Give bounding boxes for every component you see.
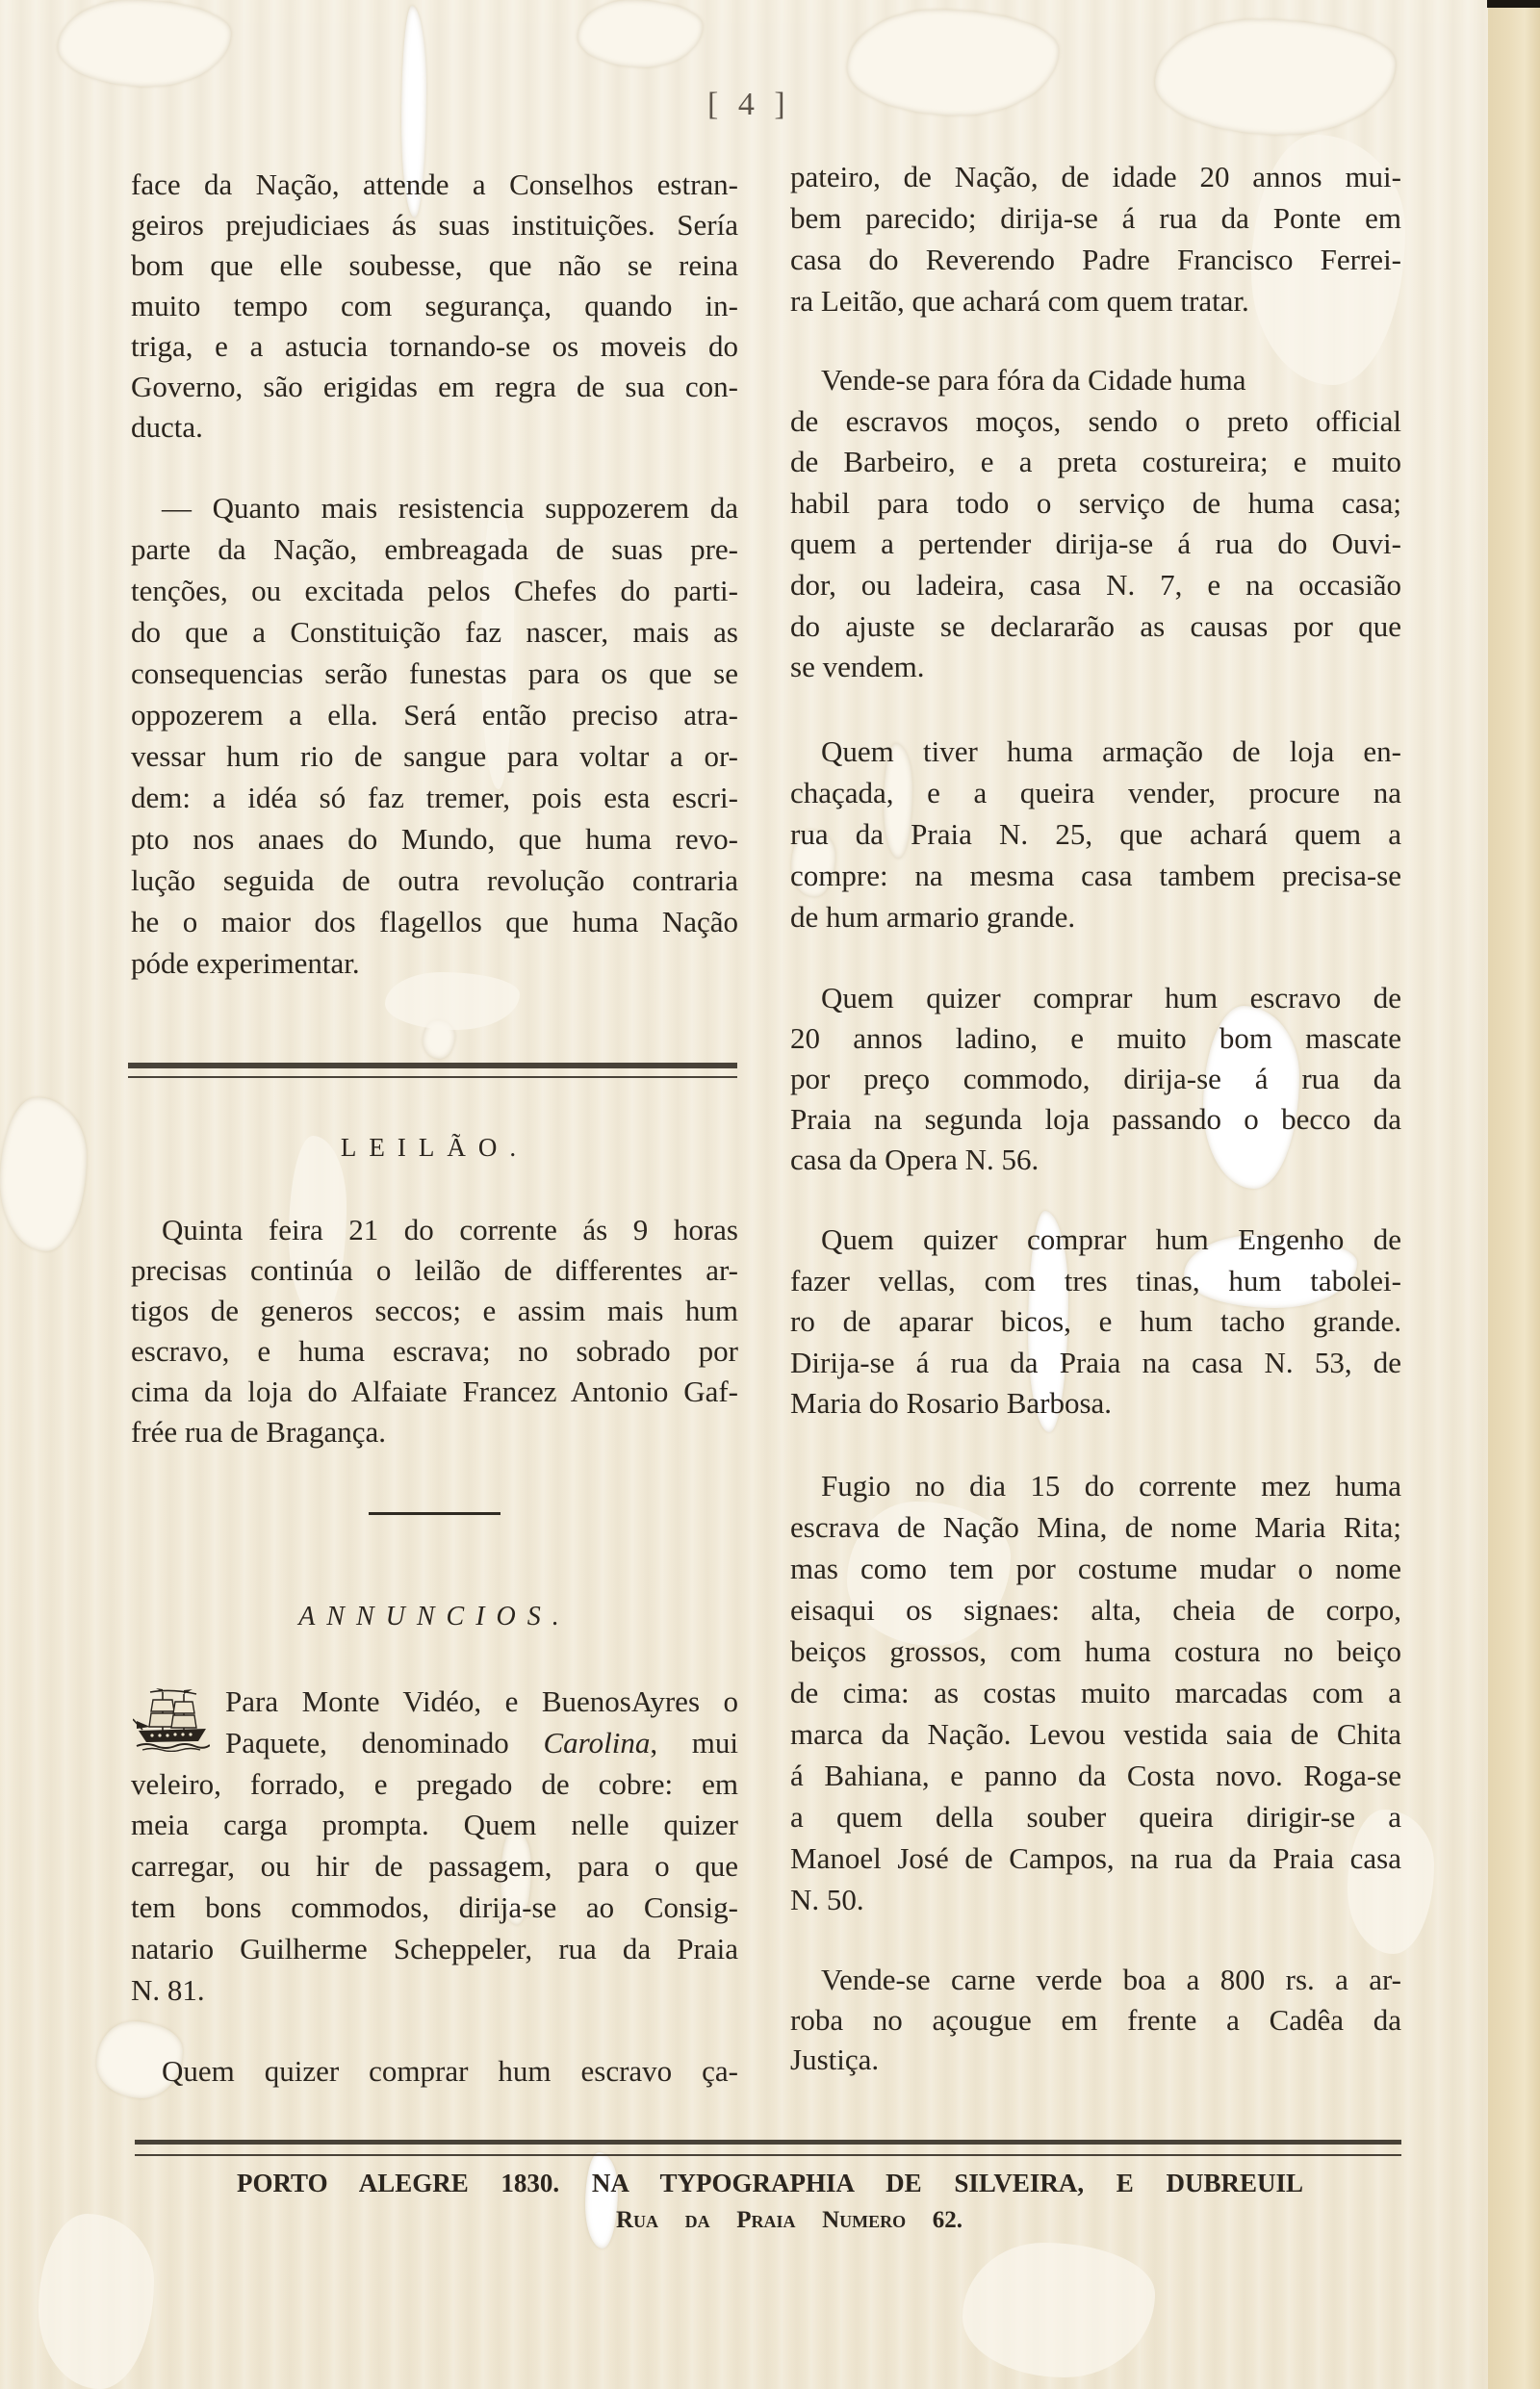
- text-line: pto nos anaes do Mundo, que huma revo-: [131, 818, 738, 860]
- text-line: escrava de Nação Mina, de nome Maria Rit…: [790, 1506, 1401, 1548]
- text-line: Para Monte Vidéo, e BuenosAyres o: [225, 1682, 738, 1723]
- text-line: N. 81.: [131, 1970, 738, 2012]
- ad-paquete-header: Para Monte Vidéo, e BuenosAyres o Paquet…: [225, 1682, 738, 1764]
- ad-armacao-loja: Quem tiver huma armação de loja en- chaç…: [790, 731, 1401, 938]
- text-line: Quem quizer comprar hum escravo ça-: [131, 2051, 738, 2092]
- text-line: Maria do Rosario Barbosa.: [790, 1383, 1401, 1425]
- text-line: natario Guilherme Scheppeler, rua da Pra…: [131, 1929, 738, 1970]
- paper-damage: [847, 10, 1059, 116]
- text-line: oppozerem a ella. Será então preciso atr…: [131, 694, 738, 735]
- text-line: Quem quizer comprar hum escravo de: [790, 978, 1401, 1018]
- text-line: por preço commodo, dirija-se á rua da: [790, 1059, 1401, 1099]
- text-line: Governo, são erigidas em regra de sua co…: [131, 367, 738, 407]
- text-line: casa da Opera N. 56.: [790, 1140, 1401, 1180]
- section-divider-thick: [128, 1063, 737, 1068]
- text-line: habil para todo o serviço de huma casa;: [790, 483, 1401, 525]
- text-line: 20 annos ladino, e muito bom mascate: [790, 1018, 1401, 1059]
- text-line: muito tempo com segurança, quando in-: [131, 286, 738, 326]
- text-line: Praia na segunda loja passando o becco d…: [790, 1099, 1401, 1140]
- text-line: consequencias serão funestas para os que…: [131, 653, 738, 694]
- text-line: Vende-se carne verde boa a 800 rs. a ar-: [790, 1960, 1401, 2000]
- text-line: ducta.: [131, 407, 738, 448]
- text-line: triga, e a astucia tornando-se os moveis…: [131, 326, 738, 367]
- text-line: tigos de generos seccos; e assim mais hu…: [131, 1291, 738, 1331]
- text-line: N. 50.: [790, 1879, 1401, 1920]
- text-line: de escravos moços, sendo o preto officia…: [790, 401, 1401, 443]
- paper-damage: [577, 0, 703, 67]
- text-line: he o maior dos flagellos que huma Nação: [131, 901, 738, 942]
- text-line: a quem della souber queira dirigir-se a: [790, 1796, 1401, 1837]
- text-line: Manoel José de Campos, na rua da Praia c…: [790, 1837, 1401, 1879]
- footer-divider-thick: [135, 2140, 1401, 2145]
- text-fragment: , mui: [650, 1726, 738, 1760]
- text-line: lução seguida de outra revolução contrar…: [131, 860, 738, 901]
- text-line: casa do Reverendo Padre Francisco Ferrei…: [790, 239, 1401, 280]
- text-line: Justiça.: [790, 2040, 1401, 2080]
- text-line: face da Nação, attende a Conselhos estra…: [131, 165, 738, 205]
- text-line: geiros prejudiciaes ás suas instituições…: [131, 205, 738, 245]
- scan-corner: [1487, 0, 1540, 8]
- text-line: fazer vellas, com tres tinas, hum tabole…: [790, 1261, 1401, 1302]
- article-paragraph-1: face da Nação, attende a Conselhos estra…: [131, 165, 738, 448]
- ship-icon: [133, 1686, 210, 1752]
- short-divider: [369, 1512, 500, 1515]
- text-line: meia carga prompta. Quem nelle quizer: [131, 1805, 738, 1846]
- text-line: de cima: as costas muito marcadas com a: [790, 1672, 1401, 1713]
- text-line: beiços grossos, com huma costura no beiç…: [790, 1631, 1401, 1672]
- section-divider-thin: [128, 1076, 737, 1078]
- text-line: eisaqui os signaes: alta, cheia de corpo…: [790, 1589, 1401, 1631]
- text-line: se vendem.: [790, 647, 1401, 688]
- text-line: dor, ou ladeira, casa N. 7, e na occasiã…: [790, 565, 1401, 606]
- text-line: ro de aparar bicos, e hum tacho grande.: [790, 1301, 1401, 1343]
- text-line: dem: a idéa só faz tremer, pois esta esc…: [131, 777, 738, 818]
- text-line: á Bahiana, e panno da Costa novo. Roga-s…: [790, 1755, 1401, 1796]
- printer-address: Rua da Praia Numero 62.: [616, 2205, 962, 2236]
- text-line: vessar hum rio de sangue para voltar a o…: [131, 735, 738, 777]
- text-line: parte da Nação, embreagada de suas pre-: [131, 528, 738, 570]
- ad-escravos-mocos: Vende-se para fóra da Cidade huma de esc…: [790, 360, 1401, 688]
- article-paragraph-2: — Quanto mais resistencia suppozerem da …: [131, 487, 738, 984]
- text-line: tenções, ou excitada pelos Chefes do par…: [131, 570, 738, 611]
- annuncios-heading: ANNUNCIOS.: [131, 1598, 738, 1636]
- text-line: frée rua de Bragança.: [131, 1412, 738, 1452]
- text-line: mas como tem por costume mudar o nome: [790, 1548, 1401, 1589]
- imprint-line: PORTO ALEGRE 1830. NA TYPOGRAPHIA DE SIL…: [237, 2166, 1303, 2200]
- text-line: escravo, e huma escrava; no sobrado por: [131, 1331, 738, 1372]
- footer-divider-thin: [135, 2154, 1401, 2156]
- text-line: — Quanto mais resistencia suppozerem da: [131, 487, 738, 528]
- text-line: marca da Nação. Levou vestida saia de Ch…: [790, 1713, 1401, 1755]
- text-line: tem bons commodos, dirija-se ao Consig-: [131, 1888, 738, 1929]
- text-line: roba no açougue em frente a Cadêa da: [790, 2000, 1401, 2041]
- text-line: cima da loja do Alfaiate Francez Antonio…: [131, 1372, 738, 1412]
- text-line: quem a pertender dirija-se á rua do Ouvi…: [790, 524, 1401, 565]
- text-line: Quinta feira 21 do corrente ás 9 horas: [131, 1210, 738, 1250]
- text-fragment: Paquete, denominado: [225, 1726, 544, 1760]
- leilao-heading: LEILÃO.: [131, 1128, 738, 1167]
- text-line: Dirija-se á rua da Praia na casa N. 53, …: [790, 1343, 1401, 1384]
- ad-paquete-body: veleiro, forrado, e pregado de cobre: em…: [131, 1764, 738, 2012]
- text-line: de hum armario grande.: [790, 896, 1401, 938]
- text-line: carregar, ou hir de passagem, para o que: [131, 1846, 738, 1888]
- ad-escravo-sapateiro-start: Quem quizer comprar hum escravo ça-: [131, 2051, 738, 2092]
- paper-edge: [1488, 0, 1540, 2389]
- ad-escravo-mascate: Quem quizer comprar hum escravo de 20 an…: [790, 978, 1401, 1180]
- text-line: póde experimentar.: [131, 942, 738, 984]
- ad-escrava-fugida: Fugio no dia 15 do corrente mez huma esc…: [790, 1465, 1401, 1920]
- paper-damage: [1155, 19, 1396, 135]
- text-line: bem parecido; dirija-se á rua da Ponte e…: [790, 197, 1401, 239]
- text-line: Quem tiver huma armação de loja en-: [790, 731, 1401, 772]
- text-line: veleiro, forrado, e pregado de cobre: em: [131, 1764, 738, 1806]
- paper-damage: [0, 1097, 87, 1251]
- page-number: [ 4 ]: [707, 87, 791, 123]
- text-line: bom que elle soubesse, que não se reina: [131, 245, 738, 286]
- text-line: de Barbeiro, e a preta costureira; e mui…: [790, 442, 1401, 483]
- paper-damage: [962, 2243, 1155, 2377]
- paper-damage: [58, 0, 231, 87]
- text-line: pateiro, de Nação, de idade 20 annos mui…: [790, 156, 1401, 197]
- leilao-notice: Quinta feira 21 do corrente ás 9 horas p…: [131, 1210, 738, 1452]
- text-line: rua da Praia N. 25, que achará quem a: [790, 813, 1401, 855]
- text-line: chaçada, e a queira vender, procure na: [790, 772, 1401, 813]
- vessel-name: Carolina: [544, 1726, 651, 1760]
- ad-engenho-vellas: Quem quizer comprar hum Engenho de fazer…: [790, 1220, 1401, 1425]
- text-line: precisas continúa o leilão de differente…: [131, 1250, 738, 1291]
- ad-escravo-sapateiro-continued: pateiro, de Nação, de idade 20 annos mui…: [790, 156, 1401, 321]
- text-line: Vende-se para fóra da Cidade huma: [790, 360, 1401, 401]
- ad-carne-verde: Vende-se carne verde boa a 800 rs. a ar-…: [790, 1960, 1401, 2080]
- paper-damage: [38, 2214, 154, 2389]
- text-line: Fugio no dia 15 do corrente mez huma: [790, 1465, 1401, 1506]
- text-line: compre: na mesma casa tambem precisa-se: [790, 855, 1401, 896]
- text-line: do que a Constituição faz nascer, mais a…: [131, 611, 738, 653]
- text-line: ra Leitão, que achará com quem tratar.: [790, 280, 1401, 321]
- text-line: Paquete, denominado Carolina, mui: [225, 1723, 738, 1764]
- text-line: do ajuste se declararão as causas por qu…: [790, 606, 1401, 648]
- text-line: Quem quizer comprar hum Engenho de: [790, 1220, 1401, 1261]
